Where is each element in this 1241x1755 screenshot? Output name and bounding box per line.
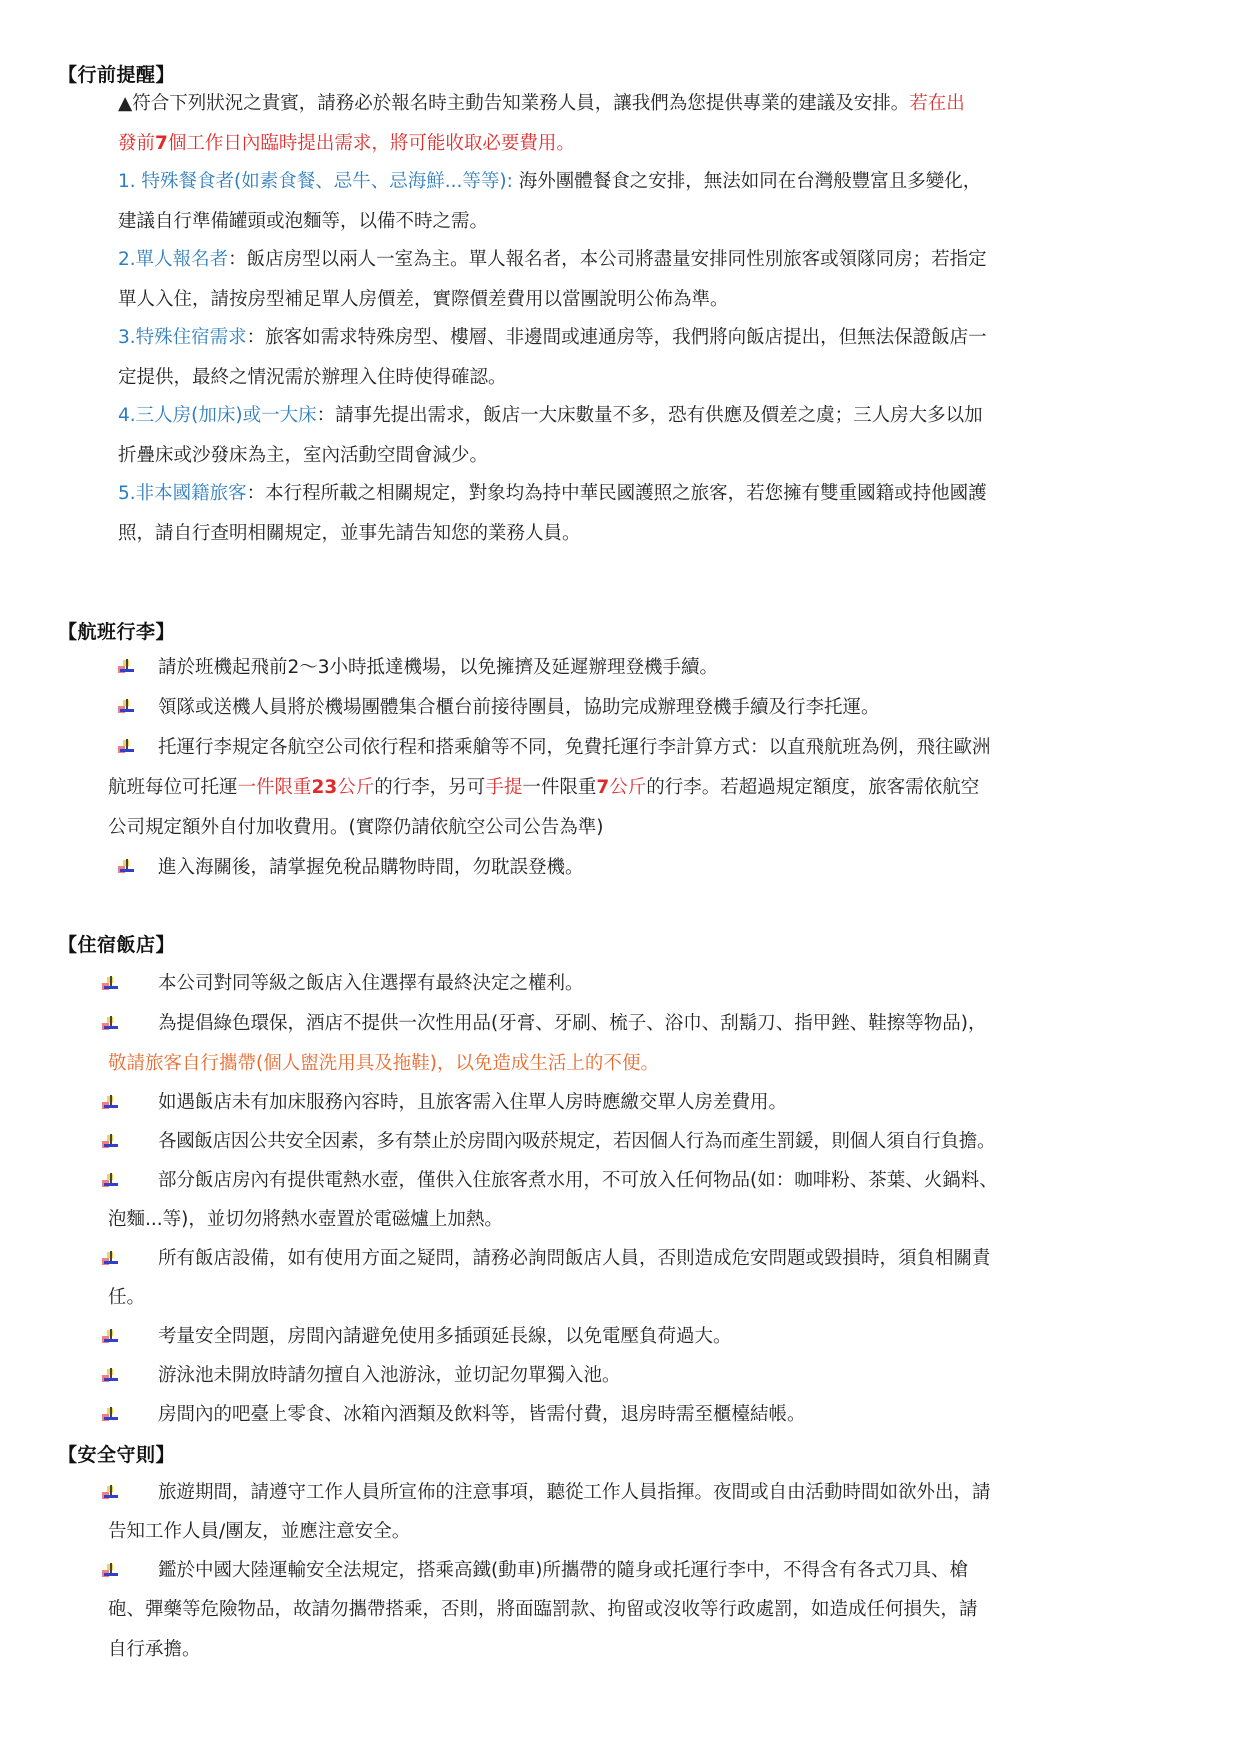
hotel-item-3: 如遇飯店未有加床服務內容時，且旅客需入住單人房時應繳交單人房差費用。 <box>158 1083 1188 1123</box>
hotel-item-7: 考量安全問題，房間內請避免使用多插頭延長線，以免電壓負荷過大。 <box>158 1317 1188 1357</box>
flight-item-1: 請於班機起飛前2～3小時抵達機場，以免擁擠及延遲辦理登機手續。 <box>158 648 1188 688</box>
hotel-item-6-line1: 所有飯店設備，如有使用方面之疑問，請務必詢問飯店人員，否則造成危安問題或毀損時，… <box>158 1239 1198 1279</box>
section-title-safety: 【安全守則】 <box>58 1440 175 1467</box>
hotel-item-4: 各國飯店因公共安全因素，多有禁止於房間內吸菸規定，若因個人行為而產生罰鍰，則個人… <box>158 1122 1208 1162</box>
flight-item-3-line1: 托運行李規定各航空公司依行程和搭乘艙等不同，免費托運行李計算方式：以直飛航班為例… <box>158 728 1188 768</box>
bullet-icon <box>118 738 136 756</box>
bullet-icon <box>102 1484 120 1502</box>
flight-item-2: 領隊或送機人員將於機場團體集合櫃台前接待團員，協助完成辦理登機手續及行李托運。 <box>158 688 1188 728</box>
bullet-icon <box>102 1406 120 1424</box>
bullet-icon <box>102 1015 120 1033</box>
safety-item-2-cont: 砲、彈藥等危險物品，故請勿攜帶搭乘，否則，將面臨罰款、拘留或沒收等行政處罰，如造… <box>108 1590 1198 1670</box>
safety-item-1-line1: 旅遊期間，請遵守工作人員所宣佈的注意事項，聽從工作人員指揮。夜間或自由活動時間如… <box>158 1473 1198 1513</box>
hotel-item-5-line2: 泡麵...等)，並切勿將熱水壺置於電磁爐上加熱。 <box>108 1200 1188 1240</box>
bullet-icon <box>102 1250 120 1268</box>
hotel-item-5-line1: 部分飯店房內有提供電熱水壺，僅供入住旅客煮水用，不可放入任何物品(如：咖啡粉、茶… <box>158 1161 1198 1201</box>
section-title-flight-luggage: 【航班行李】 <box>58 617 175 644</box>
pre-departure-item-4: 4.三人房(加床)或一大床：請事先提出需求，飯店一大床數量不多，恐有供應及價差之… <box>118 396 1188 476</box>
bullet-icon <box>118 858 136 876</box>
hotel-item-9: 房間內的吧臺上零食、冰箱內酒類及飲料等，皆需付費，退房時需至櫃檯結帳。 <box>158 1395 1188 1435</box>
bullet-icon <box>102 1367 120 1385</box>
safety-item-2-line1: 鑑於中國大陸運輸安全法規定，搭乘高鐵(動車)所攜帶的隨身或托運行李中，不得含有各… <box>158 1551 1198 1591</box>
pre-departure-item-1: 1. 特殊餐食者(如素食餐、忌牛、忌海鮮...等等): 海外團體餐食之安排，無法… <box>118 162 1188 242</box>
bullet-icon <box>102 1172 120 1190</box>
hotel-item-1: 本公司對同等級之飯店入住選擇有最終決定之權利。 <box>158 964 1188 1004</box>
bullet-icon <box>102 1133 120 1151</box>
document-page: 【行前提醒】 ▲符合下列狀況之貴賓，請務必於報名時主動告知業務人員，讓我們為您提… <box>0 0 1241 1755</box>
pre-departure-item-5: 5.非本國籍旅客：本行程所載之相關規定，對象均為持中華民國護照之旅客，若您擁有雙… <box>118 474 1188 554</box>
bullet-icon <box>118 658 136 676</box>
safety-item-1-line2: 告知工作人員/團友，並應注意安全。 <box>108 1512 1188 1552</box>
flight-item-4: 進入海關後，請掌握免稅品購物時間，勿耽誤登機。 <box>158 848 1188 888</box>
flight-item-3-cont: 航班每位可托運一件限重23公斤的行李，另可手提一件限重7公斤的行李。若超過規定額… <box>108 768 1188 848</box>
hotel-item-2-line1: 為提倡綠色環保，酒店不提供一次性用品(牙膏、牙刷、梳子、浴巾、刮鬍刀、指甲銼、鞋… <box>158 1004 1198 1044</box>
section-title-pre-departure: 【行前提醒】 <box>58 60 175 87</box>
bullet-icon <box>102 1562 120 1580</box>
hotel-item-6-line2: 任。 <box>108 1278 1188 1318</box>
bullet-icon <box>102 975 120 993</box>
bullet-icon <box>102 1328 120 1346</box>
hotel-item-2-line2: 敬請旅客自行攜帶(個人盥洗用具及拖鞋)，以免造成生活上的不便。 <box>108 1044 1188 1084</box>
bullet-icon <box>102 1094 120 1112</box>
bullet-icon <box>118 698 136 716</box>
pre-departure-intro: ▲符合下列狀況之貴賓，請務必於報名時主動告知業務人員，讓我們為您提供專業的建議及… <box>118 84 1178 164</box>
section-title-hotel: 【住宿飯店】 <box>58 930 175 957</box>
hotel-item-8: 游泳池未開放時請勿擅自入池游泳，並切記勿單獨入池。 <box>158 1356 1188 1396</box>
pre-departure-item-3: 3.特殊住宿需求：旅客如需求特殊房型、樓層、非邊間或連通房等，我們將向飯店提出，… <box>118 318 1188 398</box>
pre-departure-item-2: 2.單人報名者：飯店房型以兩人一室為主。單人報名者，本公司將盡量安排同性別旅客或… <box>118 240 1188 320</box>
